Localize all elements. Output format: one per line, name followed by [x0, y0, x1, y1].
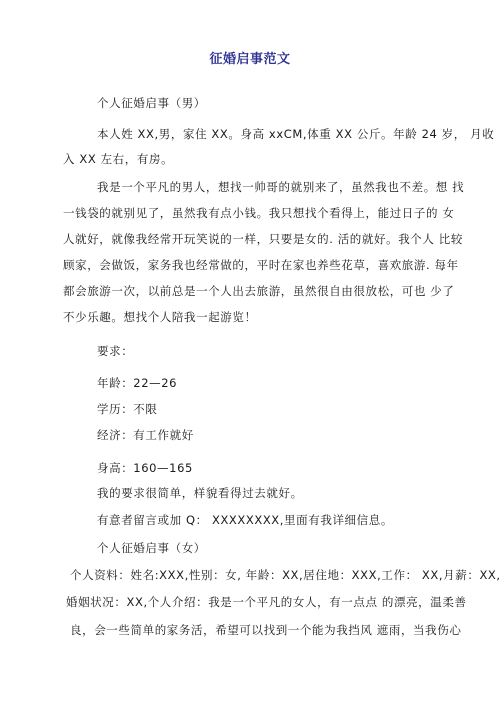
text-line: 要求： [97, 344, 133, 358]
text-line: 我是一个平凡的男人，想找一帅哥的就别来了，虽然我也不差。想 找 [97, 180, 464, 194]
text-line: 本人姓 XX,男，家住 XX。身高 xxCM,体重 XX 公斤。年龄 24 岁，… [97, 127, 494, 141]
text-line: 有意者留言或加 Q： XXXXXXXX,里面有我详细信息。 [97, 513, 393, 527]
text-line: 我的要求很简单，样貌看得过去就好。 [97, 486, 303, 500]
text-line: 学历：不限 [97, 402, 158, 416]
text-line: 不少乐趣。想找个人陪我一起游览！ [63, 310, 257, 324]
text-line: 个人征婚启事（女） [97, 541, 206, 555]
text-line: 顾家，会做饭，家务我也经常做的，平时在家也养些花草，喜欢旅游. 每年 [63, 258, 459, 272]
text-line: 经济：有工作就好 [97, 428, 194, 442]
text-line: 一钱袋的就别见了，虽然我有点小钱。我只想找个看得上，能过日子的 女 [63, 206, 454, 220]
text-line: 个人资料：姓名:XXX,性别：女, 年龄：XX,居住地：XXX,工作： XX,月… [70, 568, 500, 582]
document-title: 征婚启事范文 [0, 48, 500, 67]
text-line: 都会旅游一次，以前总是一个人出去旅游，虽然很自由很放松，可也 少了 [63, 284, 454, 298]
text-line: 良，会一些简单的家务活，希望可以找到一个能为我挡风 遮雨，当我伤心 [70, 623, 461, 637]
text-line: 身高：160—165 [97, 461, 193, 475]
text-line: 婚姻状况：XX,个人介绍：我是一个平凡的女人，有一点点 的漂亮，温柔善 [66, 595, 467, 609]
text-line: 人就好，就像我经常开玩笑说的一样，只要是女的. 活的就好。我个人 比较 [63, 232, 463, 246]
text-line: 入 XX 左右，有房。 [63, 152, 173, 166]
text-line: 个人征婚启事（男） [97, 96, 206, 110]
text-line: 年龄：22—26 [97, 376, 177, 390]
